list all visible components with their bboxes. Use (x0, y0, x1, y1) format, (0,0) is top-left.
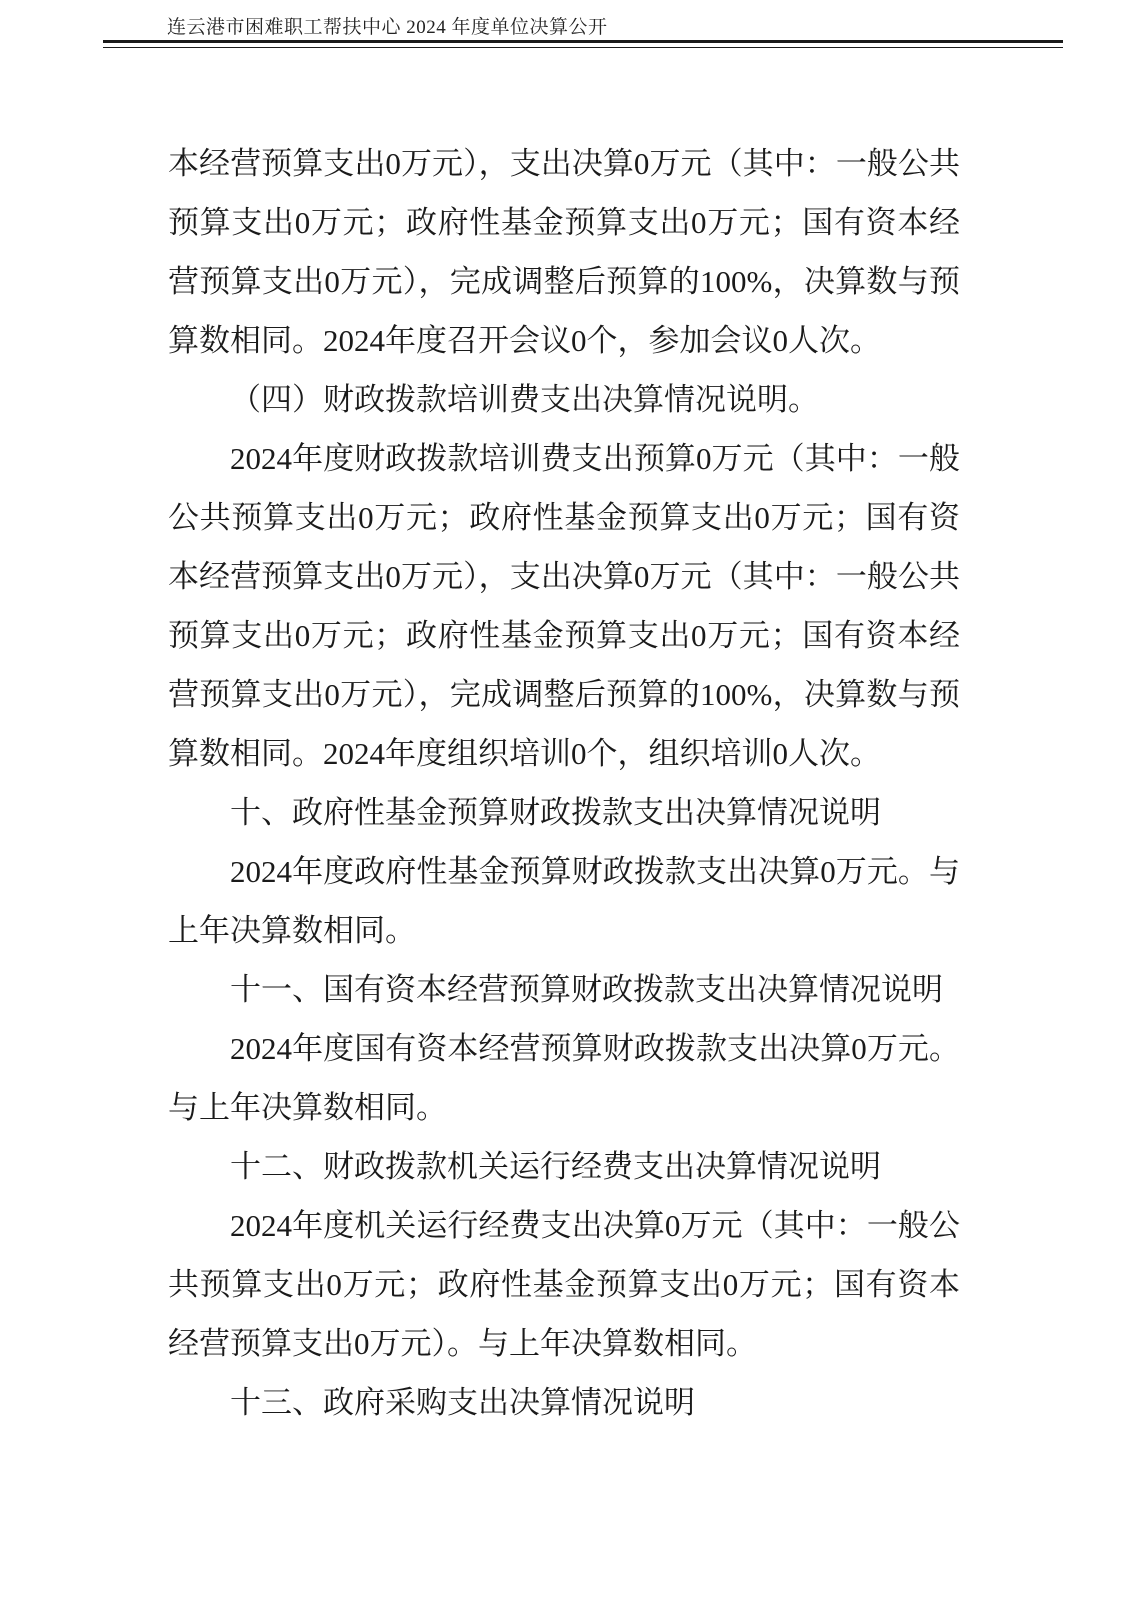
paragraph: 2024年度国有资本经营预算财政拨款支出决算0万元。与上年决算数相同。 (168, 1019, 960, 1137)
header-title: 连云港市困难职工帮扶中心 2024 年度单位决算公开 (167, 17, 608, 38)
paragraph: （四）财政拨款培训费支出决算情况说明。 (168, 370, 960, 429)
page-header: 连云港市困难职工帮扶中心 2024 年度单位决算公开 (167, 16, 959, 40)
paragraph: 本经营预算支出0万元），支出决算0万元（其中：一般公共预算支出0万元；政府性基金… (168, 134, 960, 370)
document-page: 连云港市困难职工帮扶中心 2024 年度单位决算公开 本经营预算支出0万元），支… (0, 0, 1131, 1600)
paragraph: 2024年度政府性基金预算财政拨款支出决算0万元。与上年决算数相同。 (168, 842, 960, 960)
header-rule-thick (103, 40, 1063, 43)
paragraph: 十、政府性基金预算财政拨款支出决算情况说明 (168, 783, 960, 842)
paragraph: 十三、政府采购支出决算情况说明 (168, 1373, 960, 1432)
paragraph: 2024年度财政拨款培训费支出预算0万元（其中：一般公共预算支出0万元；政府性基… (168, 429, 960, 783)
paragraph: 十一、国有资本经营预算财政拨款支出决算情况说明 (168, 960, 960, 1019)
header-rule-thin (103, 47, 1063, 48)
paragraph: 2024年度机关运行经费支出决算0万元（其中：一般公共预算支出0万元；政府性基金… (168, 1196, 960, 1373)
paragraph: 十二、财政拨款机关运行经费支出决算情况说明 (168, 1137, 960, 1196)
document-body: 本经营预算支出0万元），支出决算0万元（其中：一般公共预算支出0万元；政府性基金… (168, 134, 960, 1432)
